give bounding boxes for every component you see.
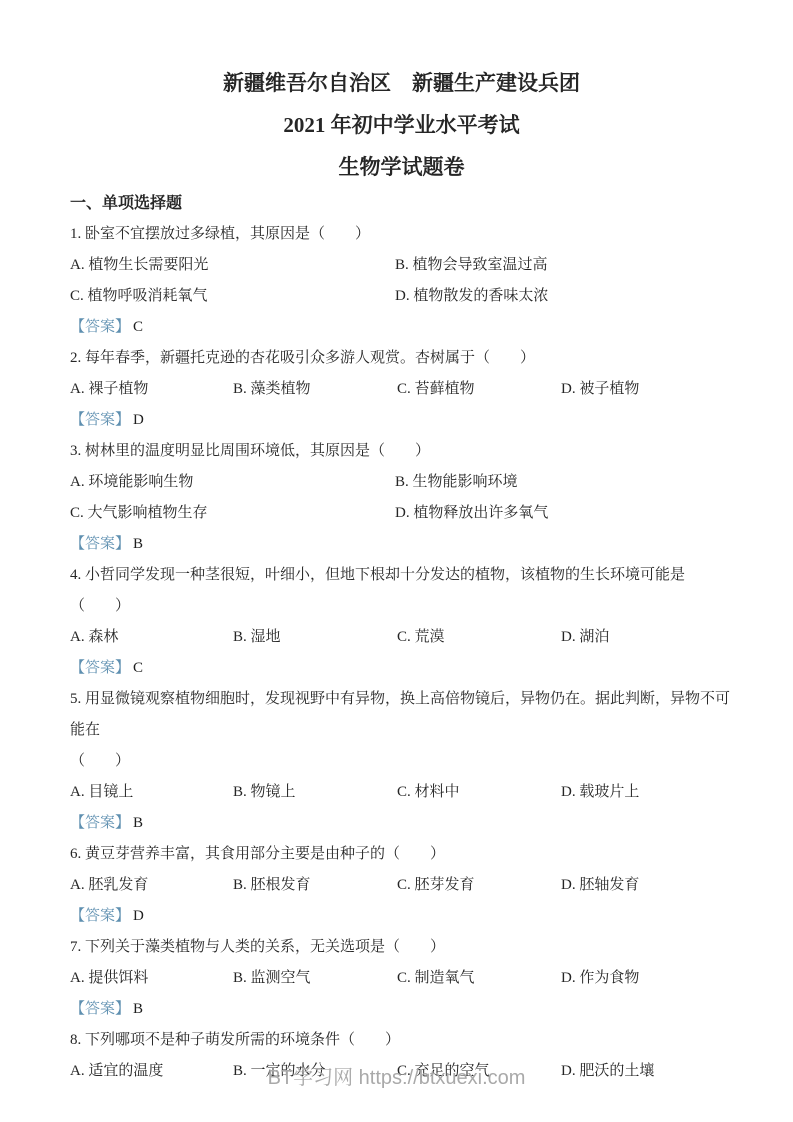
- answer-line: 【答案】D: [70, 901, 733, 932]
- answer-label: 【答案】: [70, 1001, 130, 1017]
- exam-title-year: 2021 年初中学业水平考试: [70, 104, 733, 146]
- question-list: 1. 卧室不宜摆放过多绿植，其原因是（ ） A. 植物生长需要阳光B. 植物会导…: [70, 219, 733, 1087]
- watermark-text: BT学习网 https://btxuexi.com: [268, 1067, 526, 1089]
- question-stem: 6. 黄豆芽营养丰富，其食用部分主要是由种子的（ ）: [70, 839, 733, 870]
- question-stem: 7. 下列关于藻类植物与人类的关系，无关选项是（ ）: [70, 932, 733, 963]
- option: C. 材料中: [397, 777, 561, 808]
- question-block: 5. 用显微镜观察植物细胞时，发现视野中有异物，换上高倍物镜后，异物仍在。据此判…: [70, 684, 733, 839]
- answer-line: 【答案】C: [70, 312, 733, 343]
- option: B. 植物会导致室温过高: [395, 250, 733, 281]
- question-stem: 4. 小哲同学发现一种茎很短，叶细小，但地下根却十分发达的植物，该植物的生长环境…: [70, 560, 733, 622]
- option: B. 藻类植物: [233, 374, 397, 405]
- answer-line: 【答案】D: [70, 405, 733, 436]
- question-stem: 2. 每年春季，新疆托克逊的杏花吸引众多游人观赏。杏树属于（ ）: [70, 343, 733, 374]
- exam-title-region: 新疆维吾尔自治区 新疆生产建设兵团: [70, 62, 733, 104]
- question-stem: 5. 用显微镜观察植物细胞时，发现视野中有异物，换上高倍物镜后，异物仍在。据此判…: [70, 684, 733, 777]
- answer-label: 【答案】: [70, 319, 130, 335]
- answer-line: 【答案】C: [70, 653, 733, 684]
- option: A. 环境能影响生物: [70, 467, 395, 498]
- question-block: 6. 黄豆芽营养丰富，其食用部分主要是由种子的（ ） A. 胚乳发育B. 胚根发…: [70, 839, 733, 932]
- options-row: A. 提供饵料B. 监测空气C. 制造氧气D. 作为食物: [70, 963, 733, 994]
- question-stem: 1. 卧室不宜摆放过多绿植，其原因是（ ）: [70, 219, 733, 250]
- option: A. 目镜上: [70, 777, 233, 808]
- option: D. 湖泊: [561, 622, 733, 653]
- site-watermark: BT学习网 https://btxuexi.com: [0, 1064, 793, 1092]
- option: A. 提供饵料: [70, 963, 233, 994]
- options-row: A. 胚乳发育B. 胚根发育C. 胚芽发育D. 胚轴发育: [70, 870, 733, 901]
- answer-label: 【答案】: [70, 660, 130, 676]
- option: B. 胚根发育: [233, 870, 397, 901]
- option: B. 生物能影响环境: [395, 467, 733, 498]
- option: B. 湿地: [233, 622, 397, 653]
- answer-value: D: [133, 908, 144, 924]
- options-row: A. 裸子植物B. 藻类植物C. 苔藓植物D. 被子植物: [70, 374, 733, 405]
- answer-line: 【答案】B: [70, 994, 733, 1025]
- question-block: 7. 下列关于藻类植物与人类的关系，无关选项是（ ） A. 提供饵料B. 监测空…: [70, 932, 733, 1025]
- option: C. 制造氧气: [397, 963, 561, 994]
- question-stem: 8. 下列哪项不是种子萌发所需的环境条件（ ）: [70, 1025, 733, 1056]
- option: A. 胚乳发育: [70, 870, 233, 901]
- option: B. 物镜上: [233, 777, 397, 808]
- exam-title-block: 新疆维吾尔自治区 新疆生产建设兵团 2021 年初中学业水平考试 生物学试题卷: [70, 62, 733, 188]
- option: A. 植物生长需要阳光: [70, 250, 395, 281]
- answer-value: B: [133, 536, 143, 552]
- option: A. 裸子植物: [70, 374, 233, 405]
- question-block: 3. 树林里的温度明显比周围环境低，其原因是（ ） A. 环境能影响生物B. 生…: [70, 436, 733, 560]
- answer-value: D: [133, 412, 144, 428]
- option: C. 荒漠: [397, 622, 561, 653]
- answer-label: 【答案】: [70, 815, 130, 831]
- question-block: 2. 每年春季，新疆托克逊的杏花吸引众多游人观赏。杏树属于（ ） A. 裸子植物…: [70, 343, 733, 436]
- option: C. 大气影响植物生存: [70, 498, 395, 529]
- exam-title-subject: 生物学试题卷: [70, 146, 733, 188]
- answer-label: 【答案】: [70, 536, 130, 552]
- answer-line: 【答案】B: [70, 529, 733, 560]
- answer-line: 【答案】B: [70, 808, 733, 839]
- option: C. 苔藓植物: [397, 374, 561, 405]
- answer-value: B: [133, 815, 143, 831]
- answer-value: B: [133, 1001, 143, 1017]
- question-stem: 3. 树林里的温度明显比周围环境低，其原因是（ ）: [70, 436, 733, 467]
- option: D. 植物散发的香味太浓: [395, 281, 733, 312]
- option: C. 植物呼吸消耗氧气: [70, 281, 395, 312]
- option: D. 植物释放出许多氧气: [395, 498, 733, 529]
- question-block: 4. 小哲同学发现一种茎很短，叶细小，但地下根却十分发达的植物，该植物的生长环境…: [70, 560, 733, 684]
- section-heading: 一、单项选择题: [70, 188, 733, 219]
- answer-label: 【答案】: [70, 908, 130, 924]
- answer-label: 【答案】: [70, 412, 130, 428]
- option: B. 监测空气: [233, 963, 397, 994]
- answer-value: C: [133, 319, 143, 335]
- options-row: A. 环境能影响生物B. 生物能影响环境C. 大气影响植物生存D. 植物释放出许…: [70, 467, 733, 529]
- options-row: A. 目镜上B. 物镜上C. 材料中D. 载玻片上: [70, 777, 733, 808]
- option: A. 森林: [70, 622, 233, 653]
- option: C. 胚芽发育: [397, 870, 561, 901]
- option: D. 作为食物: [561, 963, 733, 994]
- option: D. 载玻片上: [561, 777, 733, 808]
- answer-value: C: [133, 660, 143, 676]
- option: D. 胚轴发育: [561, 870, 733, 901]
- options-row: A. 植物生长需要阳光B. 植物会导致室温过高C. 植物呼吸消耗氧气D. 植物散…: [70, 250, 733, 312]
- exam-document-page: 新疆维吾尔自治区 新疆生产建设兵团 2021 年初中学业水平考试 生物学试题卷 …: [0, 0, 793, 1122]
- question-block: 1. 卧室不宜摆放过多绿植，其原因是（ ） A. 植物生长需要阳光B. 植物会导…: [70, 219, 733, 343]
- option: D. 被子植物: [561, 374, 733, 405]
- options-row: A. 森林B. 湿地C. 荒漠D. 湖泊: [70, 622, 733, 653]
